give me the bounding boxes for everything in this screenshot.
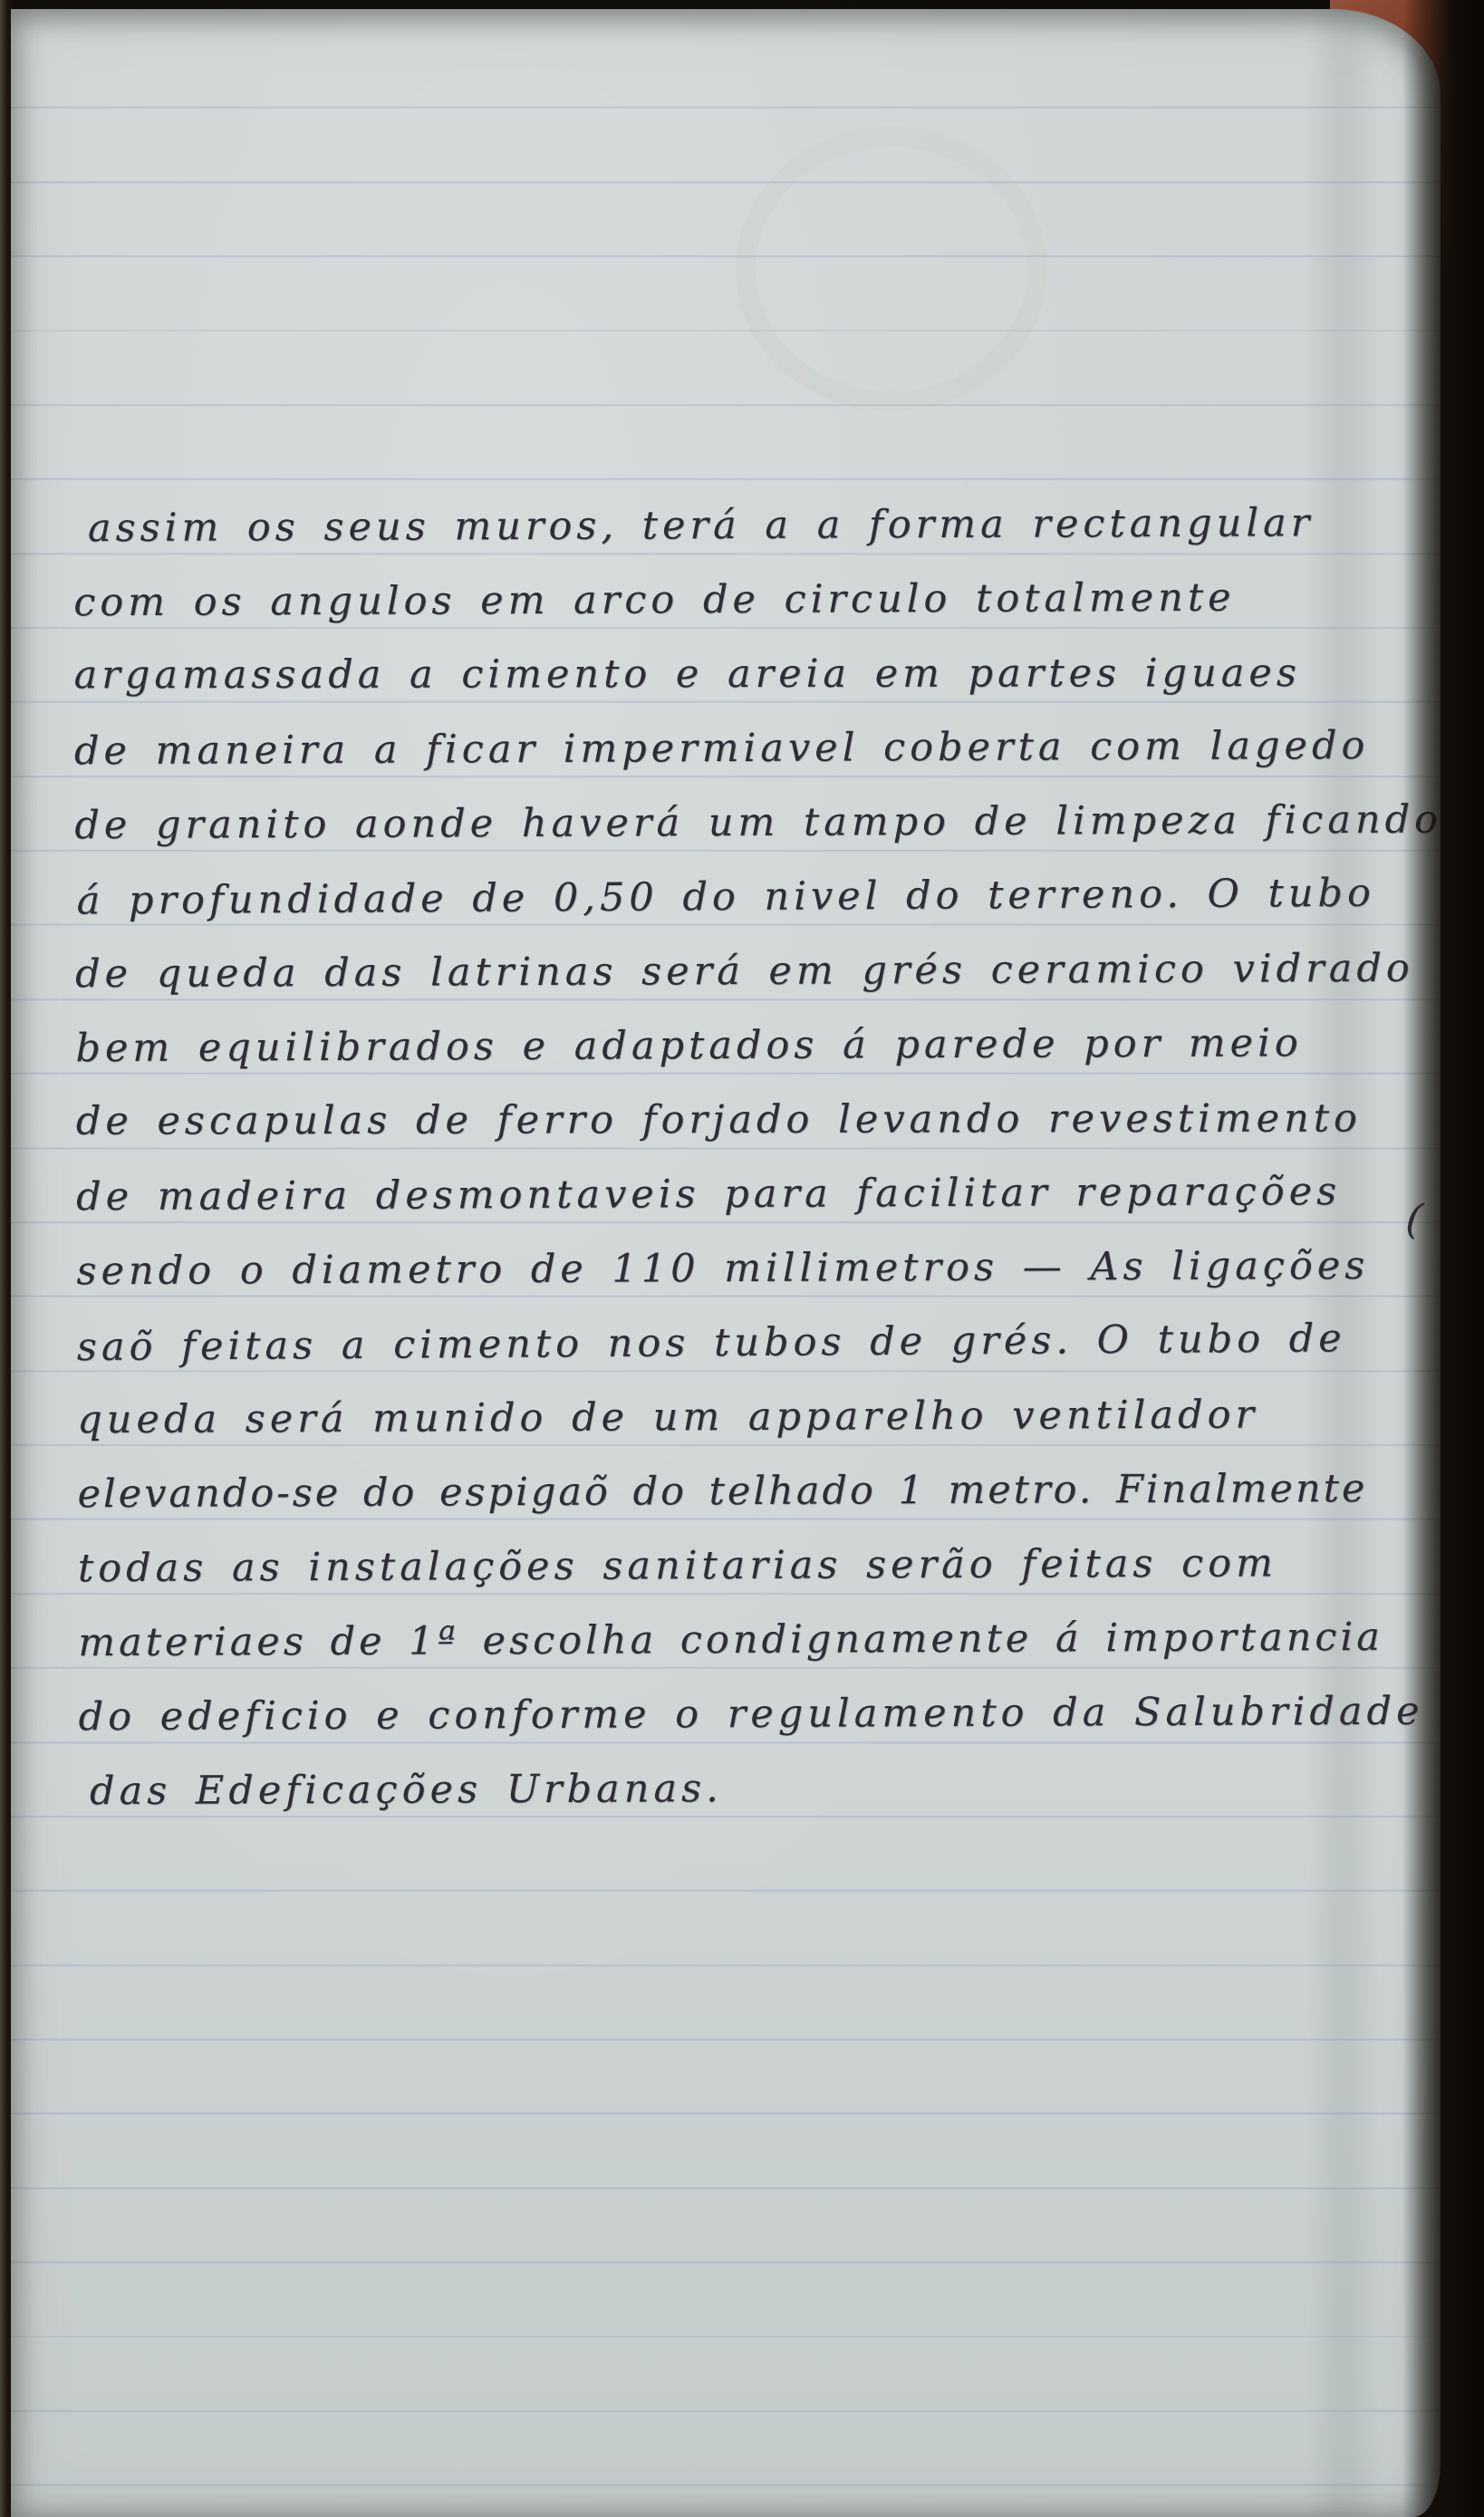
manuscript-line: elevando-se do espigaõ do telhado 1 metr… <box>77 1466 1405 1546</box>
manuscript-line: de escapulas de ferro forjado levando re… <box>76 1095 1404 1172</box>
manuscript-line: das Edeficações Urbanas. <box>79 1763 1407 1843</box>
manuscript-line: saõ feitas a cimento nos tubos de grés. … <box>77 1316 1406 1399</box>
manuscript-line: de madeira desmontaveis para facilitar r… <box>76 1169 1404 1249</box>
manuscript-line: de queda das latrinas será em grés ceram… <box>75 946 1403 1026</box>
manuscript-line: com os angulos em arco de circulo totalm… <box>73 574 1402 654</box>
manuscript-line: de maneira a ficar impermiavel coberta c… <box>74 723 1402 803</box>
handwritten-text-block: assim os seus muros, terá a a forma rect… <box>73 500 1407 1843</box>
manuscript-line: todas as instalações sanitarias serão fe… <box>78 1540 1406 1620</box>
manuscript-line: sendo o diametro de 110 millimetros — As… <box>76 1243 1404 1323</box>
manuscript-line: materiaes de 1ª escolha condignamente á … <box>78 1615 1406 1694</box>
manuscript-line: assim os seus muros, terá a a forma rect… <box>73 500 1402 580</box>
manuscript-line: de granito aonde haverá um tampo de limp… <box>74 797 1402 877</box>
stamp-ghost-watermark <box>736 127 1047 411</box>
book-edge-shadow <box>1402 0 1484 2517</box>
manuscript-line: do edeficio e conforme o regulamento da … <box>79 1689 1407 1769</box>
manuscript-line: bem equilibrados e adaptados á parede po… <box>75 1020 1403 1100</box>
manuscript-line: queda será munido de um apparelho ventil… <box>77 1392 1405 1471</box>
manuscript-page: assim os seus muros, terá a a forma rect… <box>11 9 1441 2517</box>
photo-of-manuscript: { "page": { "lines": [ "assim os seus mu… <box>0 0 1484 2517</box>
manuscript-line: argamassada a cimento e areia em partes … <box>74 651 1402 728</box>
manuscript-line: á profundidade de 0,50 do nivel do terre… <box>75 871 1403 953</box>
